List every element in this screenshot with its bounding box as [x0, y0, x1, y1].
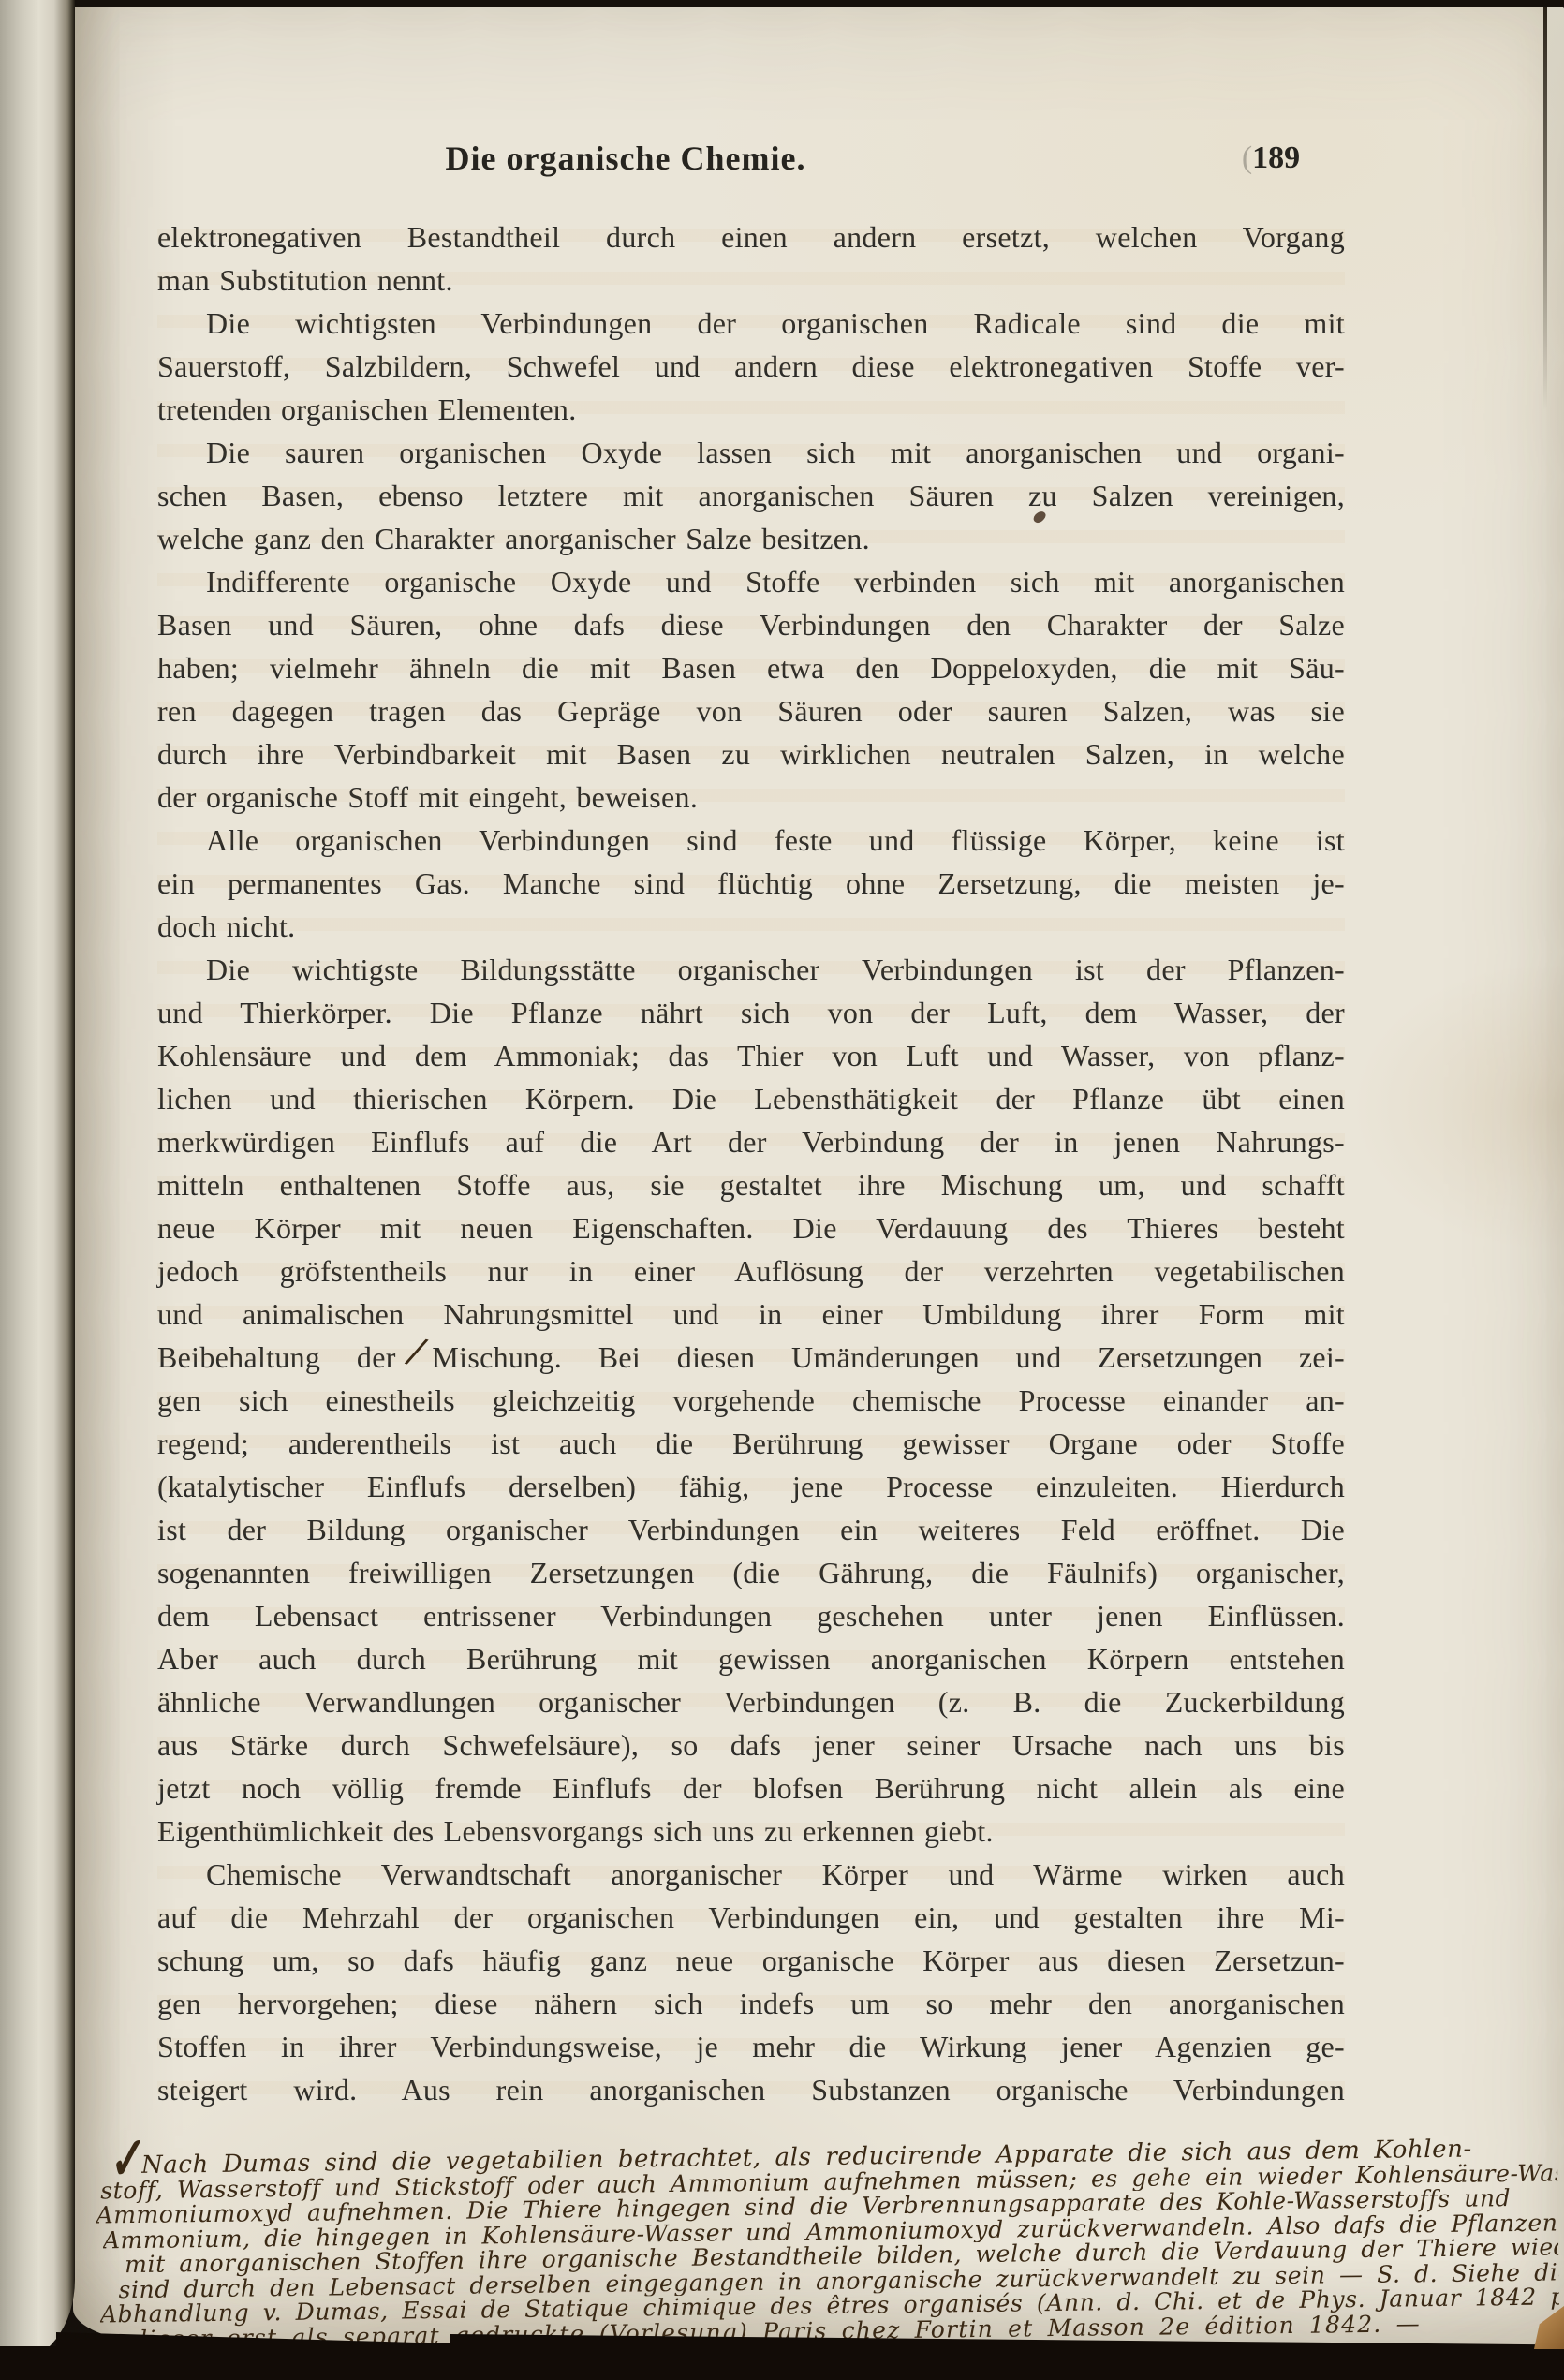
text-line: Eigenthümlichkeit des Lebensvorgangs sic…: [157, 1810, 1345, 1853]
text-line: jetzt noch völlig fremde Einflufs der bl…: [157, 1767, 1345, 1810]
text-line: Kohlensäure und dem Ammoniak; das Thier …: [157, 1034, 1345, 1077]
text-line: ren dagegen tragen das Gepräge von Säure…: [157, 689, 1345, 732]
page-number-paren: (: [1242, 140, 1252, 175]
text-line: neue Körper mit neuen Eigenschaften. Die…: [157, 1206, 1345, 1249]
text-line: gen hervorgehen; diese nähern sich indef…: [157, 1982, 1345, 2025]
running-header: Die organische Chemie. (189: [73, 139, 1564, 195]
text-line: ein permanentes Gas. Manche sind flüchti…: [157, 862, 1345, 905]
text-line: lichen und thierischen Körpern. Die Lebe…: [157, 1077, 1345, 1120]
text-line: Stoffen in ihrer Verbindungsweise, je me…: [157, 2025, 1345, 2068]
text-line: dem Lebensact entrissener Verbindungen g…: [157, 1594, 1345, 1637]
text-line: Sauerstoff, Salzbildern, Schwefel und an…: [157, 345, 1345, 388]
next-page-edge: [1547, 7, 1564, 401]
chapter-title: Die organische Chemie.: [446, 139, 806, 178]
text-line: steigert wird. Aus rein anorganischen Su…: [157, 2068, 1345, 2111]
text-line: man Substitution nennt.: [157, 259, 1345, 302]
text-line: welche ganz den Charakter anorganischer …: [157, 517, 1345, 560]
text-line: tretenden organischen Elementen.: [157, 388, 1345, 431]
text-line: gen sich einestheils gleichzeitig vorgeh…: [157, 1379, 1345, 1422]
text-line: schen Basen, ebenso letztere mit anorgan…: [157, 474, 1345, 517]
text-line: auf die Mehrzahl der organischen Verbind…: [157, 1896, 1345, 1939]
text-line: Alle organischen Verbindungen sind feste…: [157, 819, 1345, 862]
text-line: und Thierkörper. Die Pflanze nährt sich …: [157, 991, 1345, 1034]
text-line: doch nicht.: [157, 905, 1345, 948]
text-line: sogenannten freiwilligen Zersetzungen (d…: [157, 1551, 1345, 1594]
text-line: mitteln enthaltenen Stoffe aus, sie gest…: [157, 1163, 1345, 1206]
text-line: ähnliche Verwandlungen organischer Verbi…: [157, 1680, 1345, 1723]
text-line: Chemische Verwandtschaft anorganischer K…: [157, 1853, 1345, 1896]
text-line: Indifferente organische Oxyde und Stoffe…: [157, 560, 1345, 603]
body-text: elektronegativen Bestandtheil durch eine…: [157, 215, 1345, 2111]
text-line: Die sauren organischen Oxyde lassen sich…: [157, 431, 1345, 474]
page-number-value: 189: [1252, 140, 1300, 175]
text-line: haben; vielmehr ähneln die mit Basen etw…: [157, 646, 1345, 689]
text-line: merkwürdigen Einflufs auf die Art der Ve…: [157, 1120, 1345, 1163]
text-line: und animalischen Nahrungsmittel und in e…: [157, 1293, 1345, 1336]
text-line: (katalytischer Einflufs derselben) fähig…: [157, 1465, 1345, 1508]
handwritten-margin-note: Nach Dumas sind die vegetabilien betrach…: [91, 2136, 1559, 2346]
text-line: jedoch gröfstentheils nur in einer Auflö…: [157, 1249, 1345, 1293]
text-line: ist der Bildung organischer Verbindungen…: [157, 1508, 1345, 1551]
text-line: Basen und Säuren, ohne dafs diese Verbin…: [157, 603, 1345, 646]
text-line: Die wichtigsten Verbindungen der organis…: [157, 302, 1345, 345]
page-number: (189: [1242, 140, 1300, 176]
text-line: schung um, so dafs häufig ganz neue orga…: [157, 1939, 1345, 1982]
text-line: regend; anderentheils ist auch die Berüh…: [157, 1422, 1345, 1465]
previous-page-edge: [0, 0, 75, 2364]
text-line: aus Stärke durch Schwefelsäure), so dafs…: [157, 1723, 1345, 1767]
text-line: durch ihre Verbindbarkeit mit Basen zu w…: [157, 732, 1345, 776]
text-line: Beibehaltung der Mischung. Bei diesen Um…: [157, 1336, 1345, 1379]
text-line: Die wichtigste Bildungsstätte organische…: [157, 948, 1345, 991]
scanned-book-page: Die organische Chemie. (189 elektronegat…: [0, 0, 1564, 2380]
book-page: Die organische Chemie. (189 elektronegat…: [73, 7, 1564, 2346]
text-line: der organische Stoff mit eingeht, beweis…: [157, 776, 1345, 819]
scanner-backdrop-bottom: [0, 2346, 1564, 2380]
text-line: Aber auch durch Berührung mit gewissen a…: [157, 1637, 1345, 1680]
text-line: elektronegativen Bestandtheil durch eine…: [157, 215, 1345, 259]
